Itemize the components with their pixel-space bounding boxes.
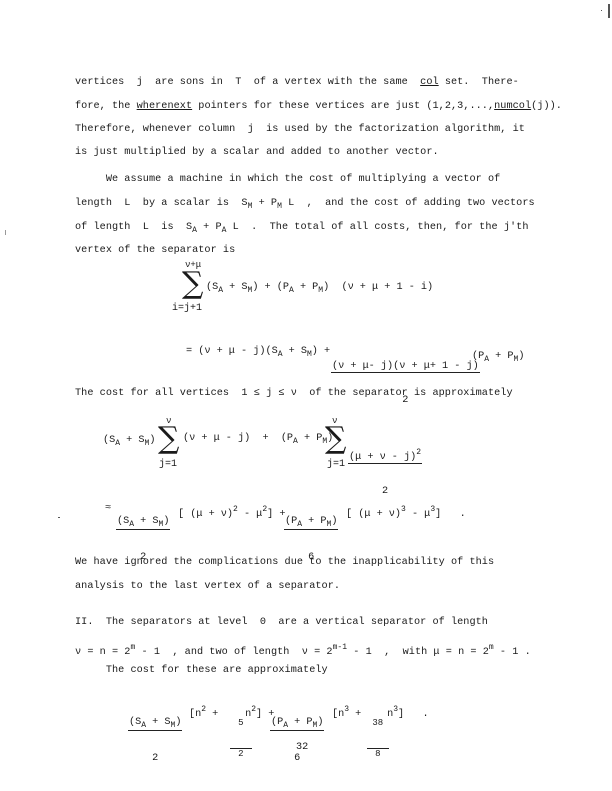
fraction-numerator: (μ + ν - j)2 — [348, 448, 422, 464]
approx-symbol: ≈ — [105, 503, 111, 514]
sum-body: (SA + SM) + (PA + PM) (ν + μ + 1 - i) — [206, 282, 433, 295]
text-line: vertex of the separator is — [75, 245, 235, 256]
eq-tail: (PA + PM) — [472, 351, 524, 364]
text-line: fore, the wherenext pointers for these v… — [75, 101, 562, 112]
text: L . The total of all costs, then, for th… — [226, 222, 528, 233]
fraction-denominator: 8 — [367, 748, 389, 759]
text: length L by a scalar is S — [75, 198, 248, 209]
fraction-numerator: (PA + PM) — [284, 516, 338, 530]
eq-tail: [ (μ + ν)3 - μ3] . — [346, 505, 466, 520]
page-number: 32 — [296, 742, 308, 753]
text: + P — [197, 222, 222, 233]
underlined-term-numcol: numcol — [494, 101, 531, 112]
sum1-body: (ν + μ - j) + (PA + PM) — [183, 433, 333, 446]
text: vertices j are sons in T of a vertex wit… — [75, 77, 420, 88]
underlined-term-col: col — [420, 77, 439, 88]
sum2-lower-limit: j=1 — [327, 459, 345, 470]
text: pointers for these vertices are just (1,… — [192, 101, 494, 112]
text-line: The cost for these are approximately — [75, 665, 328, 676]
fraction-denominator: 2 — [230, 748, 252, 759]
fraction: (PA + PM) 6 — [270, 695, 324, 786]
text-line: of length L is SA + PA L . The total of … — [75, 222, 529, 235]
text-line: is just multiplied by a scalar and added… — [75, 147, 439, 158]
fraction-numerator: (PA + PM) — [270, 717, 324, 731]
eq-tail-a: [n3 + — [332, 705, 367, 720]
left-factor: (SA + SM) — [103, 435, 155, 448]
fraction-denominator: 6 — [270, 753, 324, 764]
text-line: analysis to the last vertex of a separat… — [75, 581, 340, 592]
text: of length L is S — [75, 222, 192, 233]
fraction: (ν + μ- j)(ν + μ+ 1 - j) 2 — [331, 339, 480, 428]
fraction-numerator: (SA + SM) — [128, 717, 182, 731]
fraction-numerator: (SA + SM) — [116, 516, 170, 530]
eq-mid-a: [n2 + — [189, 705, 224, 720]
scan-artifact — [601, 10, 602, 11]
text: L , and the cost of adding two vectors — [282, 198, 535, 209]
sum1-lower-limit: j=1 — [159, 459, 177, 470]
eq-tail-b: n3] . — [381, 705, 429, 720]
sigma-symbol: ∑ — [158, 424, 179, 454]
text-line: length L by a scalar is SM + PM L , and … — [75, 198, 535, 211]
fraction: (SA + SM) 2 — [128, 695, 182, 786]
fraction-numerator: (ν + μ- j)(ν + μ+ 1 - j) — [331, 361, 480, 373]
text-line: ν = n = 2m - 1 , and two of length ν = 2… — [75, 643, 531, 658]
fraction-denominator: 2 — [348, 486, 422, 497]
text-line: We assume a machine in which the cost of… — [75, 174, 500, 185]
fraction: (PA + PM) 6 — [284, 494, 338, 585]
text: + P — [252, 198, 277, 209]
sum-lower-limit: i=j+1 — [172, 303, 202, 314]
text: fore, the — [75, 101, 137, 112]
text-line: vertices j are sons in T of a vertex wit… — [75, 77, 519, 88]
eq-mid: [ (μ + ν)2 - μ2] + — [178, 505, 285, 520]
underlined-term-wherenext: wherenext — [137, 101, 192, 112]
sigma-symbol: ∑ — [182, 269, 203, 299]
fraction-denominator: 2 — [128, 753, 182, 764]
sigma-symbol: ∑ — [325, 424, 346, 454]
text-line: II. The separators at level 0 are a vert… — [75, 617, 488, 628]
fraction: (SA + SM) 2 — [116, 494, 170, 585]
scan-artifact — [5, 230, 6, 235]
text: (j)). — [531, 101, 562, 112]
eq-lead: = (ν + μ - j)(SA + SM) + — [186, 346, 330, 359]
scan-artifact — [58, 517, 60, 518]
scan-artifact — [608, 4, 610, 18]
text-line: Therefore, whenever column j is used by … — [75, 124, 525, 135]
text-line: The cost for all vertices 1 ≤ j ≤ ν of t… — [75, 388, 513, 399]
text: set. There- — [439, 77, 519, 88]
text-line: We have ignored the complications due to… — [75, 557, 494, 568]
